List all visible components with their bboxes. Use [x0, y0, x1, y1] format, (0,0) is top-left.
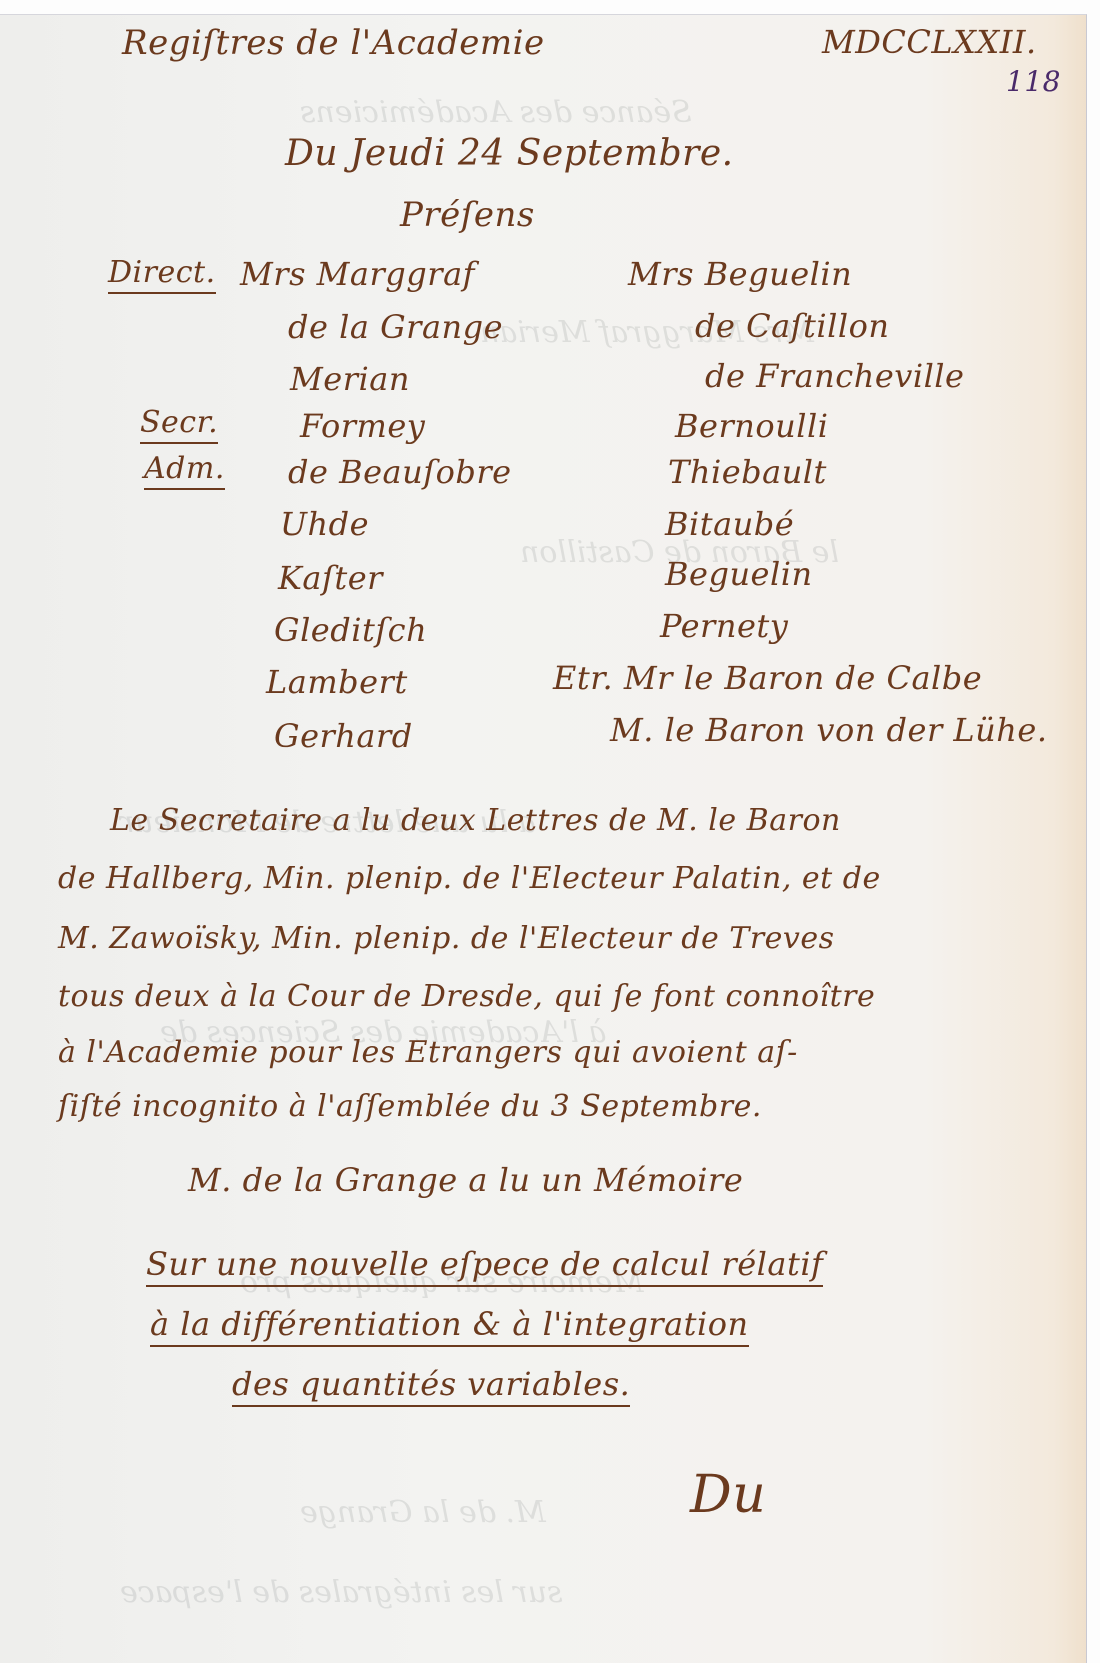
- register-title: Regiſtres de l'Academie: [122, 23, 545, 63]
- signature-du: Du: [690, 1465, 766, 1525]
- minutes-paragraph-line: ſiſté incognito à l'aſſemblée du 3 Septe…: [58, 1089, 762, 1124]
- bleed-through-text: sur les intégrales de l'espace: [120, 1575, 562, 1610]
- bleed-through-text: M. de la Grange: [300, 1495, 546, 1530]
- memoir-title-line: Sur une nouvelle eſpece de calcul rélati…: [146, 1245, 823, 1287]
- minutes-paragraph-line: tous deux à la Cour de Dresde, qui ſe fo…: [58, 979, 875, 1014]
- role-director: Direct.: [108, 255, 216, 294]
- member-name: M. le Baron von der Lühe.: [610, 711, 1047, 749]
- minutes-paragraph-line: M. Zawoïsky, Min. plenip. de l'Electeur …: [58, 921, 835, 956]
- member-name: Lambert: [266, 663, 408, 701]
- role-secretary: Secr.: [140, 405, 218, 444]
- member-name: Formey: [300, 407, 425, 445]
- member-name: Bitaubé: [665, 505, 794, 543]
- manuscript-page: Séance des Académiciens Mrs Marggraf Mer…: [0, 14, 1087, 1663]
- member-name: Uhde: [280, 505, 369, 543]
- member-name: Merian: [290, 360, 410, 398]
- member-name: de Caſtillon: [695, 307, 889, 345]
- member-name: Bernoulli: [675, 407, 828, 445]
- member-name: Gleditſch: [274, 611, 427, 649]
- meeting-date: Du Jeudi 24 Septembre.: [285, 133, 734, 174]
- member-name: de Francheville: [705, 357, 964, 395]
- memoir-title-line: des quantités variables.: [232, 1365, 630, 1407]
- folio-number: 118: [1006, 65, 1061, 98]
- member-name: Thiebault: [668, 453, 827, 491]
- member-name: de Beauſobre: [288, 453, 512, 491]
- minutes-paragraph-line: à l'Academie pour les Etrangers qui avoi…: [58, 1035, 798, 1070]
- member-name: Beguelin: [665, 555, 813, 593]
- role-treasurer: Adm.: [144, 451, 225, 490]
- member-name: Kaſter: [278, 559, 383, 597]
- member-name: Gerhard: [274, 717, 413, 755]
- memoir-title-line: à la différentiation & à l'integration: [150, 1305, 749, 1347]
- member-name: Etr. Mr le Baron de Calbe: [553, 659, 982, 697]
- minutes-paragraph-line: Le Secretaire a lu deux Lettres de M. le…: [110, 803, 841, 838]
- minutes-paragraph-line: de Hallberg, Min. plenip. de l'Electeur …: [58, 861, 881, 896]
- bleed-through-text: Séance des Académiciens: [300, 95, 692, 130]
- member-name: Mrs Marggraf: [240, 255, 475, 293]
- member-name: Mrs Beguelin: [628, 255, 852, 293]
- register-year: MDCCLXXII.: [822, 23, 1037, 61]
- member-name: de la Grange: [288, 308, 503, 346]
- member-name: Pernety: [660, 607, 788, 645]
- present-label: Préſens: [400, 195, 535, 235]
- memoir-intro: M. de la Grange a lu un Mémoire: [188, 1161, 743, 1199]
